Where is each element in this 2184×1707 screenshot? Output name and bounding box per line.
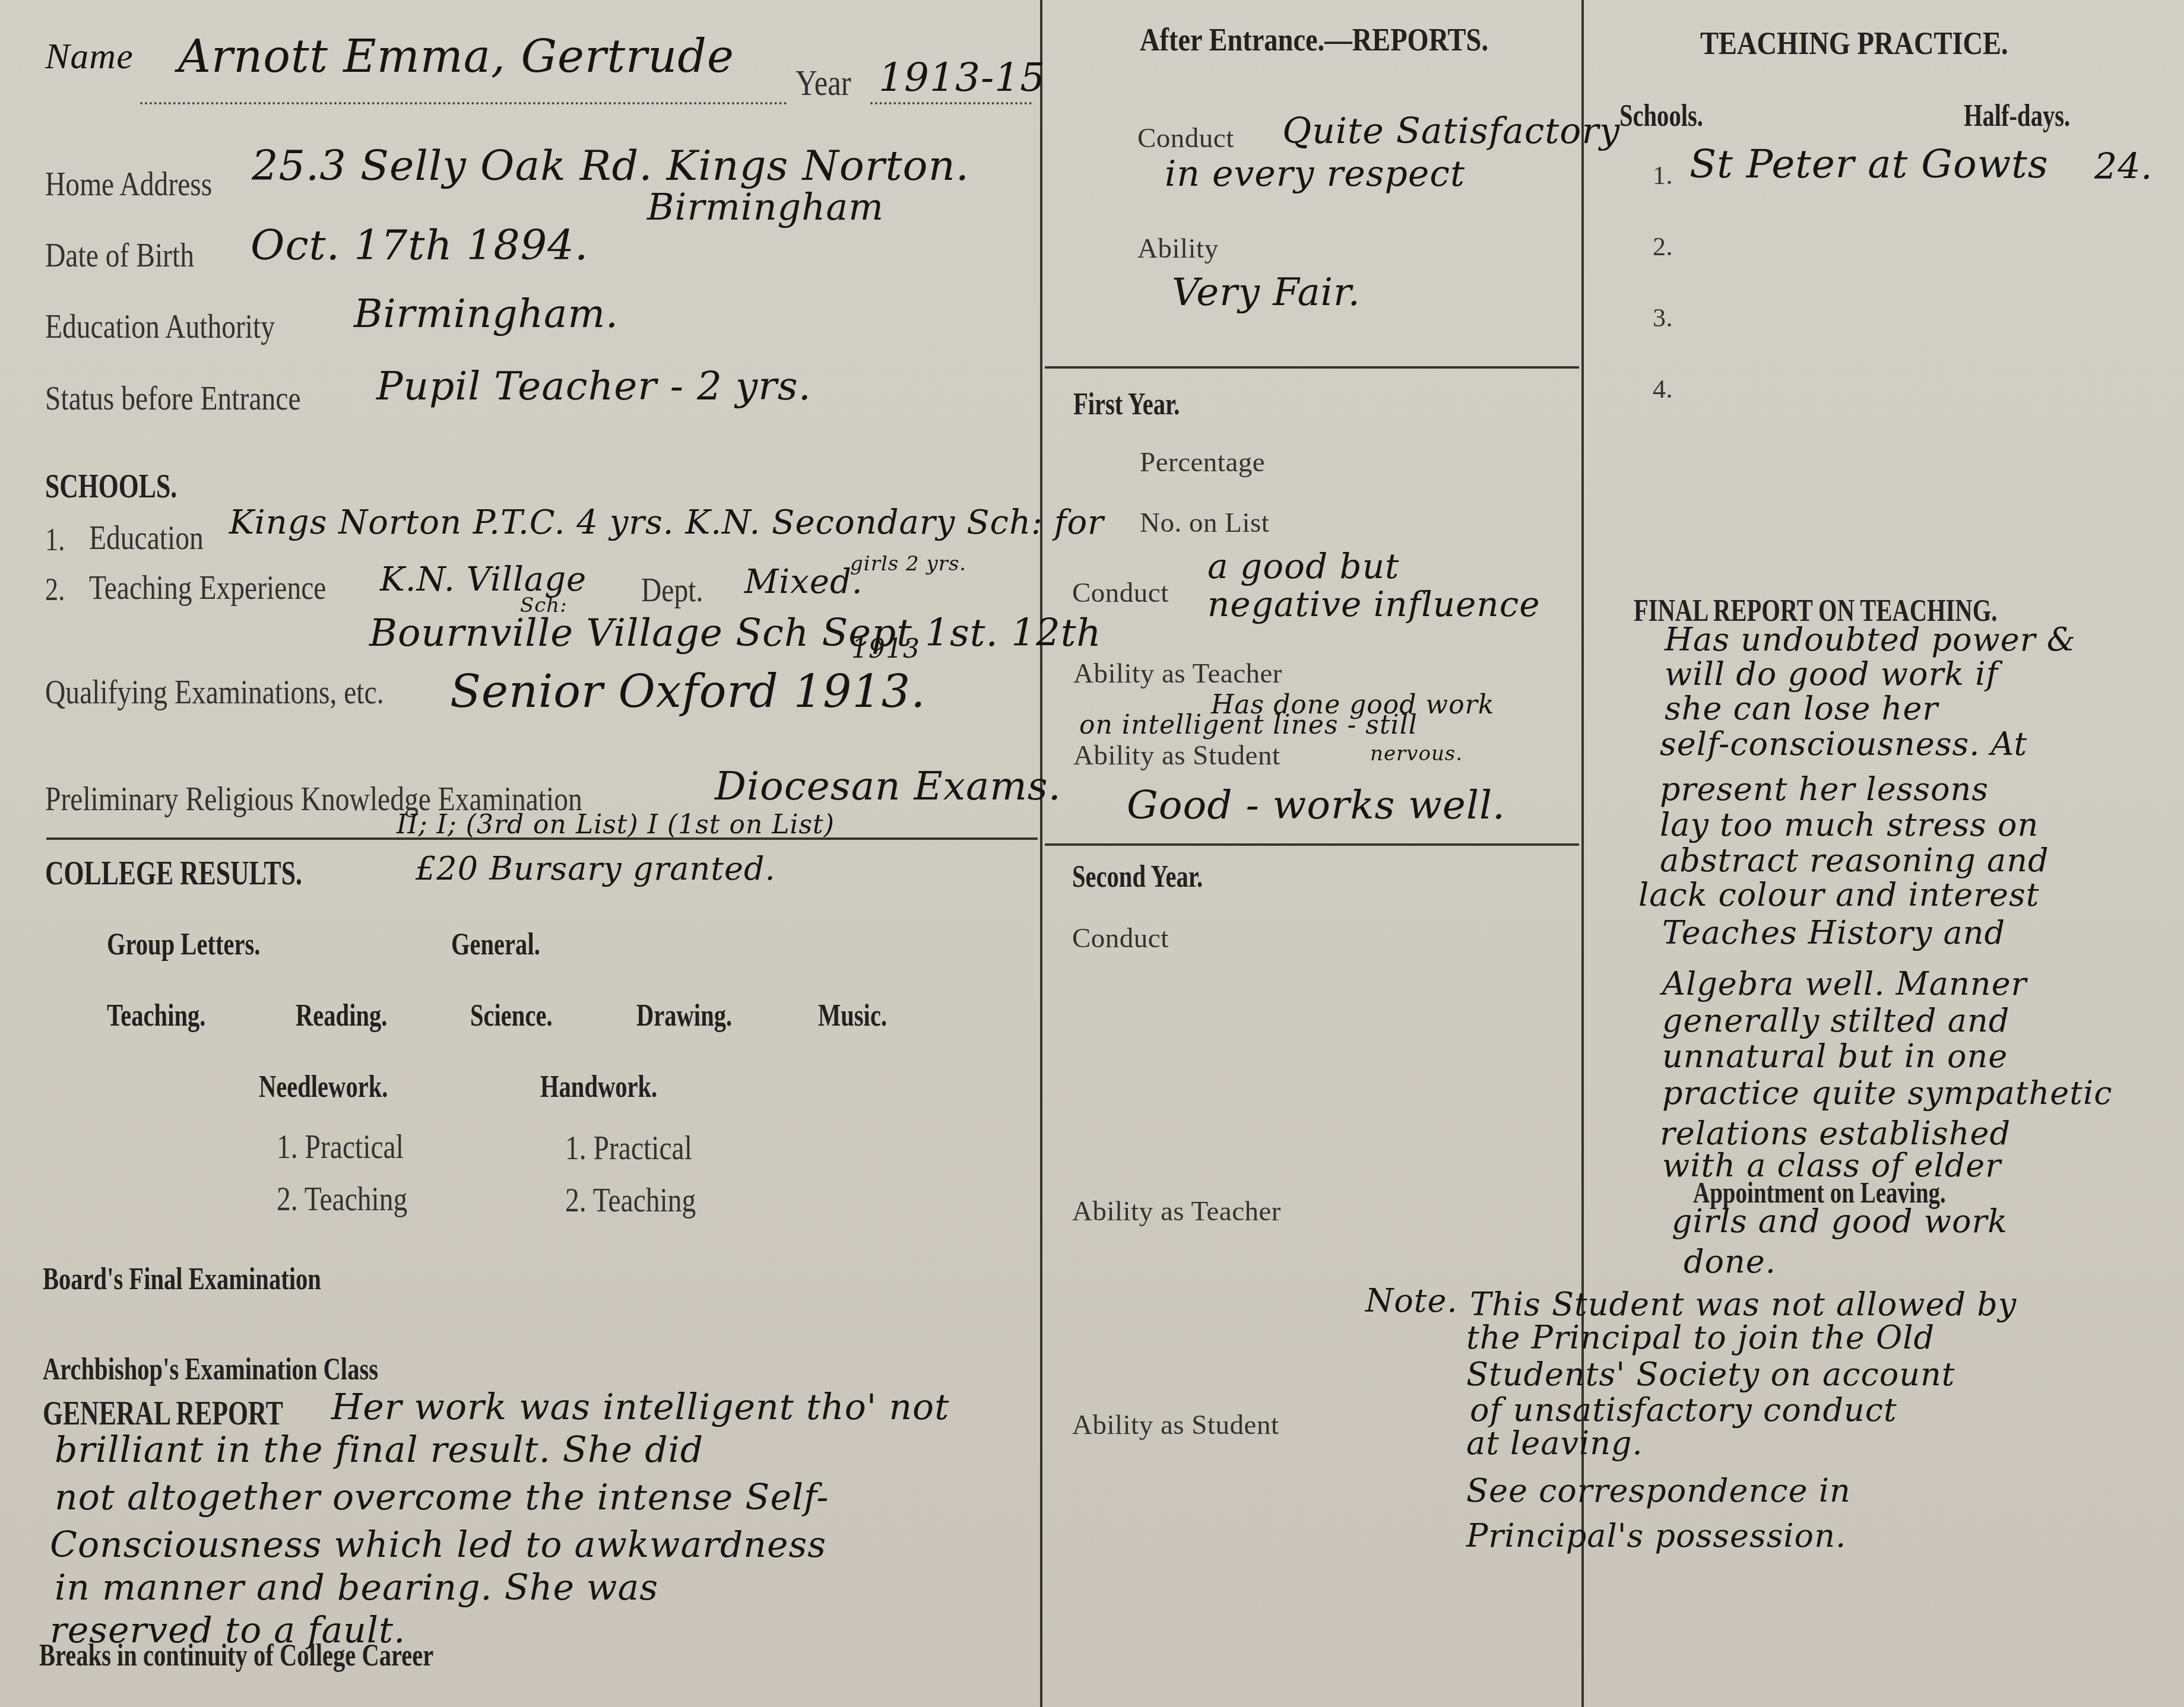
second-year-conduct-label: Conduct (1072, 922, 1169, 954)
practice-row-3-num: 3. (1653, 303, 1673, 333)
second-year-student-label: Ability as Student (1072, 1409, 1279, 1441)
final-report-line-2: will do good work if (1665, 655, 1998, 693)
qualifying-sup: 1913 (851, 634, 920, 664)
teaching-value-line2: Bournville Village Sch Sept 1st. 12th (369, 611, 1102, 655)
general-report-line-5: in manner and bearing. She was (55, 1567, 658, 1608)
final-report-line-10: Algebra well. Manner (1662, 965, 2027, 1002)
first-year-conduct-line-2: negative influence (1207, 584, 1540, 624)
practice-row-1-school: St Peter at Gowts (1689, 141, 2049, 187)
entrance-conduct-line-2: in every respect (1165, 153, 1465, 195)
dept-value: Mixed. (744, 563, 863, 601)
name-row: Name (45, 36, 134, 78)
final-report-line-3: she can lose her (1665, 690, 1938, 727)
education-value-cont: girls 2 yrs. (850, 552, 966, 576)
education-value: Kings Norton P.T.C. 4 yrs. K.N. Secondar… (229, 503, 1104, 542)
column-divider-left (1040, 0, 1042, 1707)
first-year-conduct-line-1: a good but (1207, 546, 1399, 586)
entrance-conduct-label: Conduct (1137, 122, 1234, 154)
teaching-num: 2. (45, 571, 65, 608)
subject-music: Music. (818, 998, 887, 1033)
note-line-2: the Principal to join the Old (1466, 1319, 1935, 1356)
record-card: Name Arnott Emma, Gertrude Year 1913-15 … (0, 0, 2184, 1707)
dept-label: Dept. (641, 570, 703, 610)
needlework-label: Needlework. (259, 1070, 388, 1105)
year-value: 1913-15 (879, 55, 1045, 100)
final-report-tail-2: done. (1684, 1243, 1776, 1280)
bursary-note: £20 Bursary granted. (416, 850, 776, 887)
name-label: Name (45, 36, 134, 77)
subject-teaching: Teaching. (107, 998, 205, 1033)
general-report-line-1: Her work was intelligent tho' not (331, 1386, 949, 1428)
note-line-1: This Student was not allowed by (1470, 1286, 2017, 1323)
group-letters-label: Group Letters. (107, 927, 260, 962)
note-label: Note. (1365, 1282, 1458, 1319)
teaching-label: Teaching Experience (89, 567, 326, 607)
general-label: General. (451, 927, 540, 962)
handwork-practical: 1. Practical (565, 1128, 692, 1167)
first-year-conduct-label: Conduct (1072, 577, 1169, 609)
qualifying-value: Senior Oxford 1913. (450, 665, 925, 718)
handwork-label: Handwork. (540, 1070, 657, 1105)
reports-heading: After Entrance.—REPORTS. (1140, 21, 1488, 58)
subject-reading: Reading. (296, 998, 387, 1033)
final-report-tail-1: girls and good work (1672, 1202, 2008, 1240)
teaching-practice-heading: TEACHING PRACTICE. (1700, 25, 2008, 62)
final-report-line-11: generally stilted and (1662, 1002, 2009, 1039)
final-report-line-8: lack colour and interest (1638, 876, 2039, 913)
rule-after-entrance (1045, 366, 1579, 369)
final-report-line-9: Teaches History and (1662, 914, 2005, 951)
subject-drawing: Drawing. (636, 998, 732, 1033)
subject-science: Science. (470, 998, 553, 1033)
first-year-heading: First Year. (1073, 387, 1180, 422)
final-report-line-4: self-consciousness. At (1660, 725, 2027, 763)
final-report-line-5: present her lessons (1660, 770, 1989, 808)
final-report-line-1: Has undoubted power & (1665, 621, 2076, 658)
education-num: 1. (45, 521, 65, 558)
note-line-6: See correspondence in (1466, 1472, 1851, 1509)
dob-label: Date of Birth (45, 235, 194, 275)
address-line1: 25.3 Selly Oak Rd. Kings Norton. (252, 141, 969, 190)
needlework-practical: 1. Practical (277, 1127, 404, 1166)
rule-first-year (1045, 843, 1579, 846)
year-label: Year (795, 62, 851, 104)
education-label: Education (89, 518, 204, 557)
general-report-line-2: brilliant in the final result. She did (55, 1429, 703, 1471)
address-label: Home Address (45, 164, 212, 204)
entrance-ability-value: Very Fair. (1172, 271, 1361, 315)
needlework-teaching: 2. Teaching (277, 1179, 407, 1219)
general-report-label: GENERAL REPORT (43, 1395, 283, 1433)
halfdays-column-label: Half-days. (1964, 99, 2070, 134)
authority-label: Education Authority (45, 306, 275, 346)
name-value: Arnott Emma, Gertrude (178, 30, 734, 83)
note-line-7: Principal's possession. (1466, 1517, 1846, 1554)
note-line-3: Students' Society on account (1466, 1356, 1955, 1393)
final-report-line-12: unnatural but in one (1662, 1037, 2008, 1075)
address-line2: Birmingham (647, 185, 884, 229)
status-label: Status before Entrance (45, 378, 301, 418)
practice-row-4-num: 4. (1653, 374, 1673, 404)
final-report-line-13: practice quite sympathetic (1662, 1074, 2112, 1112)
boards-final-label: Board's Final Examination (43, 1262, 321, 1297)
entrance-ability-label: Ability (1137, 233, 1219, 265)
first-year-student-label: Ability as Student (1073, 740, 1280, 772)
religious-line2: II; I; (3rd on List) I (1st on List) (397, 810, 835, 840)
practice-row-1-num: 1. (1653, 160, 1673, 191)
qualifying-label: Qualifying Examinations, etc. (45, 672, 384, 712)
final-report-line-7: abstract reasoning and (1660, 842, 2049, 879)
schools-column-label: Schools. (1619, 99, 1703, 134)
final-report-line-6: lay too much stress on (1660, 806, 2039, 843)
religious-value: Diocesan Exams. (715, 763, 1061, 809)
dob-value: Oct. 17th 1894. (251, 221, 588, 269)
practice-row-2-num: 2. (1653, 231, 1673, 262)
note-line-5: at leaving. (1466, 1424, 1643, 1462)
general-report-line-3: not altogether overcome the intense Self… (55, 1477, 829, 1518)
authority-value: Birmingham. (354, 291, 619, 337)
college-results-heading: COLLEGE RESULTS. (45, 855, 302, 893)
breaks-label: Breaks in continuity of College Career (39, 1638, 433, 1673)
general-report-line-4: Consciousness which led to awkwardness (50, 1524, 826, 1566)
first-year-teacher-line-2: on intelligent lines - still (1079, 710, 1418, 740)
second-year-teacher-label: Ability as Teacher (1072, 1195, 1281, 1227)
status-value: Pupil Teacher - 2 yrs. (376, 363, 812, 409)
archbishops-label: Archbishop's Examination Class (43, 1352, 378, 1387)
schools-heading: SCHOOLS. (45, 468, 177, 506)
first-year-teacher-label: Ability as Teacher (1073, 658, 1282, 690)
no-on-list-label: No. on List (1140, 507, 1269, 539)
second-year-heading: Second Year. (1072, 859, 1203, 894)
entrance-conduct-line-1: Quite Satisfactory (1282, 110, 1620, 152)
first-year-student-value: Good - works well. (1127, 782, 1505, 828)
handwork-teaching: 2. Teaching (565, 1180, 696, 1220)
percentage-label: Percentage (1140, 446, 1265, 478)
first-year-teacher-line-3: nervous. (1370, 742, 1463, 766)
practice-row-1-halfdays: 24. (2094, 146, 2153, 188)
note-line-4: of unsatisfactory conduct (1470, 1391, 1897, 1429)
